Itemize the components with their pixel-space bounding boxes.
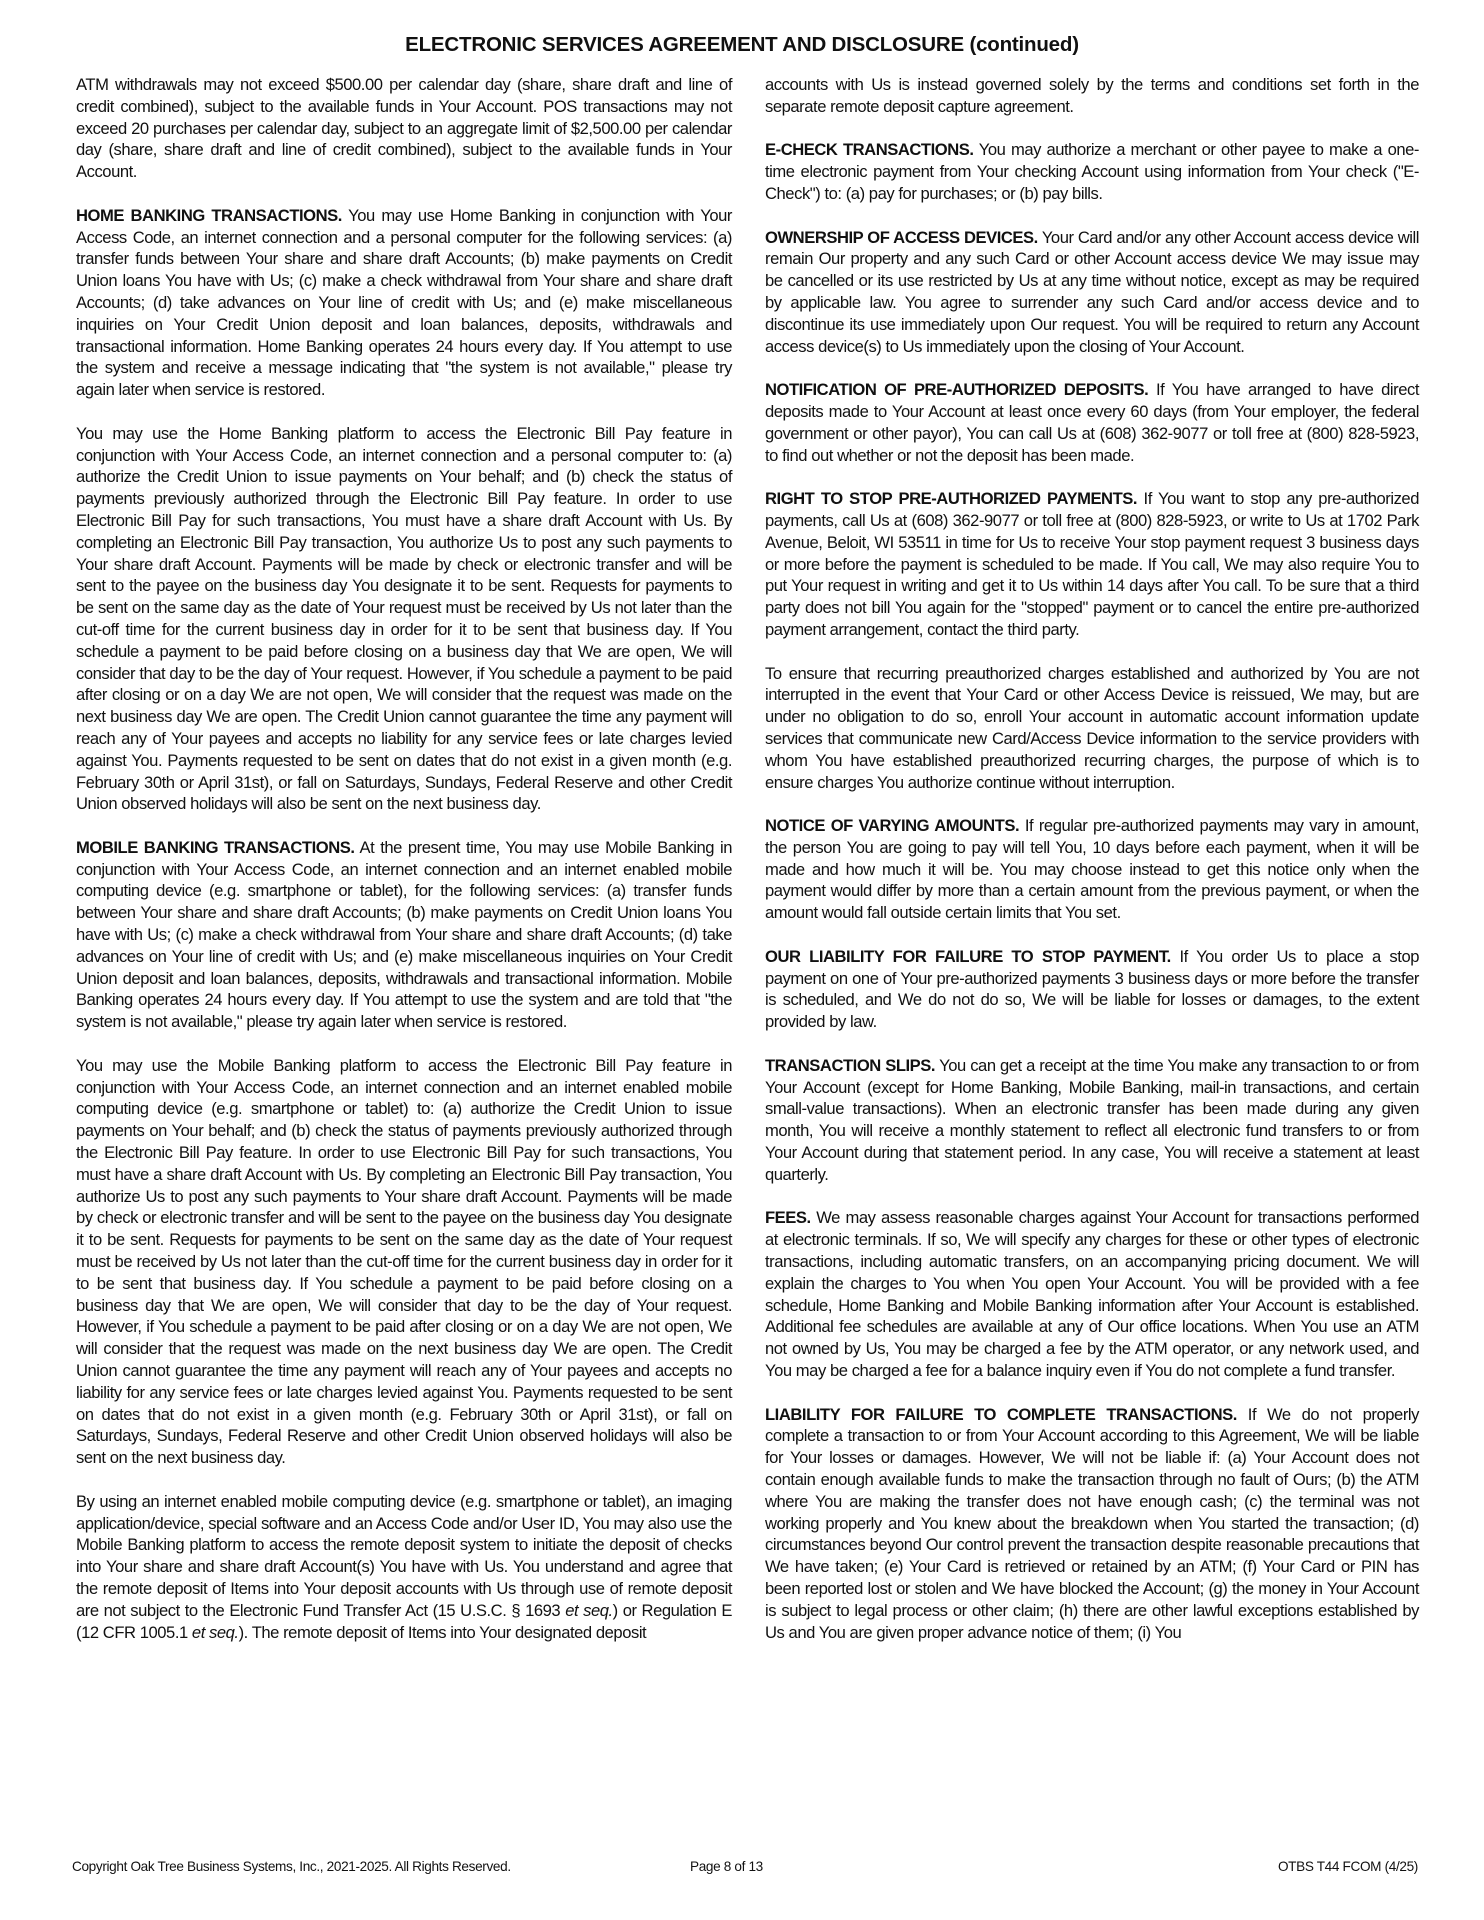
paragraph-body: If We do not properly complete a transac… bbox=[765, 1405, 1419, 1642]
paragraph-body: At the present time, You may use Mobile … bbox=[76, 838, 732, 1031]
latin-citation: et seq. bbox=[192, 1623, 239, 1642]
paragraph-heading: HOME BANKING TRANSACTIONS. bbox=[76, 206, 342, 225]
paragraph-body: ). The remote deposit of Items into Your… bbox=[239, 1623, 647, 1642]
paragraph-body: You can get a receipt at the time You ma… bbox=[765, 1056, 1419, 1184]
transaction-slips-paragraph: TRANSACTION SLIPS. You can get a receipt… bbox=[765, 1055, 1419, 1186]
right-column: accounts with Us is instead governed sol… bbox=[765, 74, 1419, 1665]
latin-citation: et seq. bbox=[565, 1601, 612, 1620]
remote-deposit-paragraph: By using an internet enabled mobile comp… bbox=[76, 1491, 732, 1644]
ownership-paragraph: OWNERSHIP OF ACCESS DEVICES. Your Card a… bbox=[765, 227, 1419, 358]
completion-liability-paragraph: LIABILITY FOR FAILURE TO COMPLETE TRANSA… bbox=[765, 1404, 1419, 1644]
home-bill-pay-paragraph: You may use the Home Banking platform to… bbox=[76, 423, 732, 815]
footer-copyright: Copyright Oak Tree Business Systems, Inc… bbox=[72, 1858, 511, 1876]
stop-payments-paragraph: RIGHT TO STOP PRE-AUTHORIZED PAYMENTS. I… bbox=[765, 488, 1419, 641]
paragraph-heading: RIGHT TO STOP PRE-AUTHORIZED PAYMENTS. bbox=[765, 489, 1137, 508]
left-column: ATM withdrawals may not exceed $500.00 p… bbox=[76, 74, 732, 1665]
preauthorized-deposits-paragraph: NOTIFICATION OF PRE-AUTHORIZED DEPOSITS.… bbox=[765, 379, 1419, 466]
paragraph-body: We may assess reasonable charges against… bbox=[765, 1208, 1419, 1380]
stop-payment-liability-paragraph: OUR LIABILITY FOR FAILURE TO STOP PAYMEN… bbox=[765, 946, 1419, 1033]
paragraph-heading: NOTICE OF VARYING AMOUNTS. bbox=[765, 816, 1019, 835]
paragraph-body: You may use the Home Banking platform to… bbox=[76, 424, 732, 814]
varying-amounts-paragraph: NOTICE OF VARYING AMOUNTS. If regular pr… bbox=[765, 815, 1419, 924]
mobile-bill-pay-paragraph: You may use the Mobile Banking platform … bbox=[76, 1055, 732, 1469]
paragraph-heading: OWNERSHIP OF ACCESS DEVICES. bbox=[765, 228, 1038, 247]
mobile-banking-paragraph: MOBILE BANKING TRANSACTIONS. At the pres… bbox=[76, 837, 732, 1033]
fees-paragraph: FEES. We may assess reasonable charges a… bbox=[765, 1207, 1419, 1381]
paragraph-body: You may use the Mobile Banking platform … bbox=[76, 1056, 732, 1467]
paragraph-heading: FEES. bbox=[765, 1208, 811, 1227]
footer-form-id: OTBS T44 FCOM (4/25) bbox=[1278, 1858, 1418, 1876]
recurring-charges-paragraph: To ensure that recurring preauthorized c… bbox=[765, 663, 1419, 794]
paragraph-body: accounts with Us is instead governed sol… bbox=[765, 75, 1419, 116]
paragraph-heading: NOTIFICATION OF PRE-AUTHORIZED DEPOSITS. bbox=[765, 380, 1148, 399]
paragraph-heading: E-CHECK TRANSACTIONS. bbox=[765, 140, 974, 159]
paragraph-body: If You want to stop any pre-authorized p… bbox=[765, 489, 1419, 639]
paragraph-body: ATM withdrawals may not exceed $500.00 p… bbox=[76, 75, 732, 181]
paragraph-heading: LIABILITY FOR FAILURE TO COMPLETE TRANSA… bbox=[765, 1405, 1237, 1424]
home-banking-paragraph: HOME BANKING TRANSACTIONS. You may use H… bbox=[76, 205, 732, 401]
remote-deposit-continued-paragraph: accounts with Us is instead governed sol… bbox=[765, 74, 1419, 118]
e-check-paragraph: E-CHECK TRANSACTIONS. You may authorize … bbox=[765, 139, 1419, 204]
paragraph-body: To ensure that recurring preauthorized c… bbox=[765, 664, 1419, 792]
atm-limits-paragraph: ATM withdrawals may not exceed $500.00 p… bbox=[76, 74, 732, 183]
paragraph-body: You may use Home Banking in conjunction … bbox=[76, 206, 732, 399]
page-title: ELECTRONIC SERVICES AGREEMENT AND DISCLO… bbox=[0, 33, 1484, 57]
paragraph-heading: MOBILE BANKING TRANSACTIONS. bbox=[76, 838, 355, 857]
paragraph-heading: OUR LIABILITY FOR FAILURE TO STOP PAYMEN… bbox=[765, 947, 1171, 966]
footer-page-number: Page 8 of 13 bbox=[690, 1858, 763, 1876]
paragraph-heading: TRANSACTION SLIPS. bbox=[765, 1056, 935, 1075]
